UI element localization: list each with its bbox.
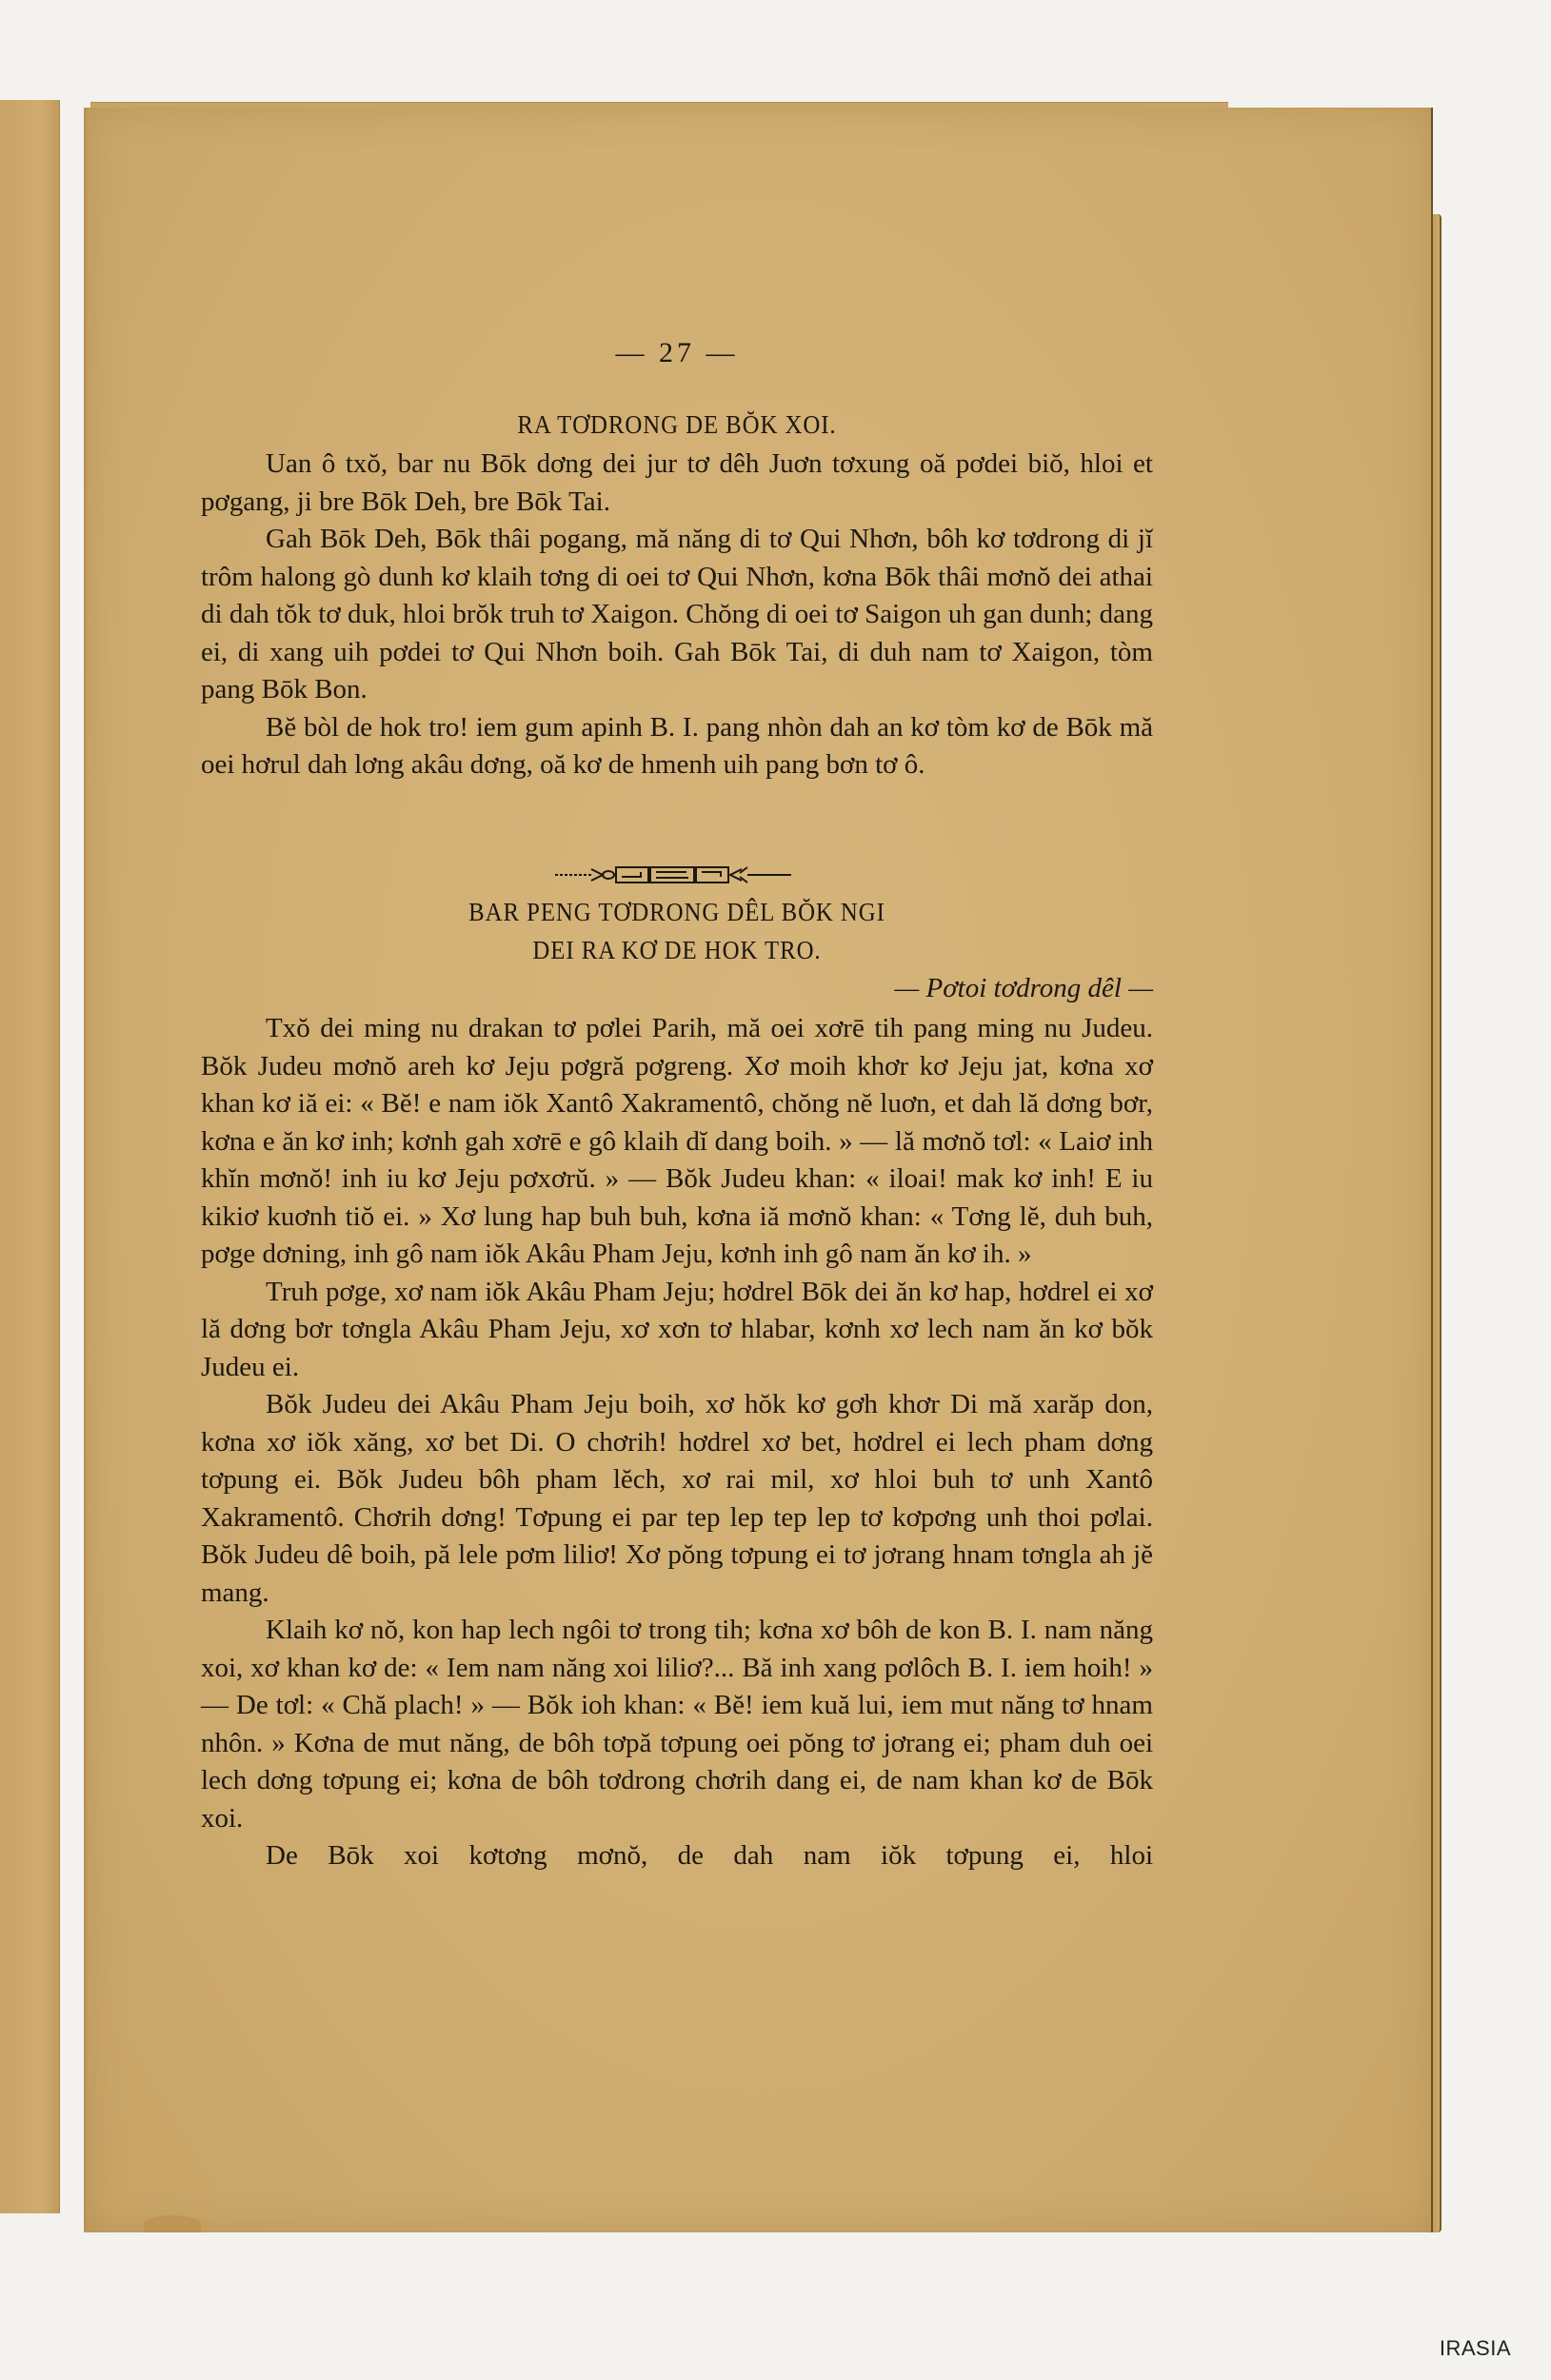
facing-page-edge — [0, 100, 60, 2213]
section-title-2: BAR PENG TƠDRONG DÊL BŎK NGI DEI RA KƠ D… — [239, 893, 1115, 969]
watermark: IRASIA — [1440, 2336, 1511, 2361]
section-title-2-line-2: DEI RA KƠ DE HOK TRO. — [239, 931, 1115, 969]
paragraph: Bŏk Judeu dei Akâu Pham Jeju boih, xơ hŏ… — [201, 1386, 1153, 1612]
section-1-body: Uan ô txŏ, bar nu Bōk dơng dei jur tơ dê… — [201, 446, 1153, 784]
section-2-body: Txŏ dei ming nu drakan tơ pơlei Parih, m… — [201, 1010, 1153, 1875]
paragraph: Txŏ dei ming nu drakan tơ pơlei Parih, m… — [201, 1010, 1153, 1274]
paragraph: Klaih kơ nŏ, kon hap lech ngôi tơ trong … — [201, 1612, 1153, 1837]
paragraph: Bĕ bòl de hok tro! iem gum apinh B. I. p… — [201, 709, 1153, 784]
paragraph: Uan ô txŏ, bar nu Bōk dơng dei jur tơ dê… — [201, 446, 1153, 521]
section-title-2-line-1: BAR PENG TƠDRONG DÊL BŎK NGI — [239, 893, 1115, 931]
document-page: — 27 — RA TƠDRONG DE BŎK XOI. Uan ô txŏ,… — [84, 108, 1433, 2232]
page-number: — 27 — — [201, 334, 1153, 372]
paragraph: Truh pơge, xơ nam iŏk Akâu Pham Jeju; hơ… — [201, 1274, 1153, 1387]
greek-key-ornament-icon — [553, 863, 801, 886]
continuation-note: — Pơtoi tơdrong dêl — — [894, 969, 1153, 1007]
paragraph: De Bōk xoi kơtơng mơnŏ, de dah nam iŏk t… — [201, 1837, 1153, 1875]
ornament-divider — [201, 860, 1153, 888]
section-title-1: RA TƠDRONG DE BŎK XOI. — [239, 406, 1115, 444]
paragraph: Gah Bōk Deh, Bōk thâi pogang, mă năng di… — [201, 521, 1153, 709]
